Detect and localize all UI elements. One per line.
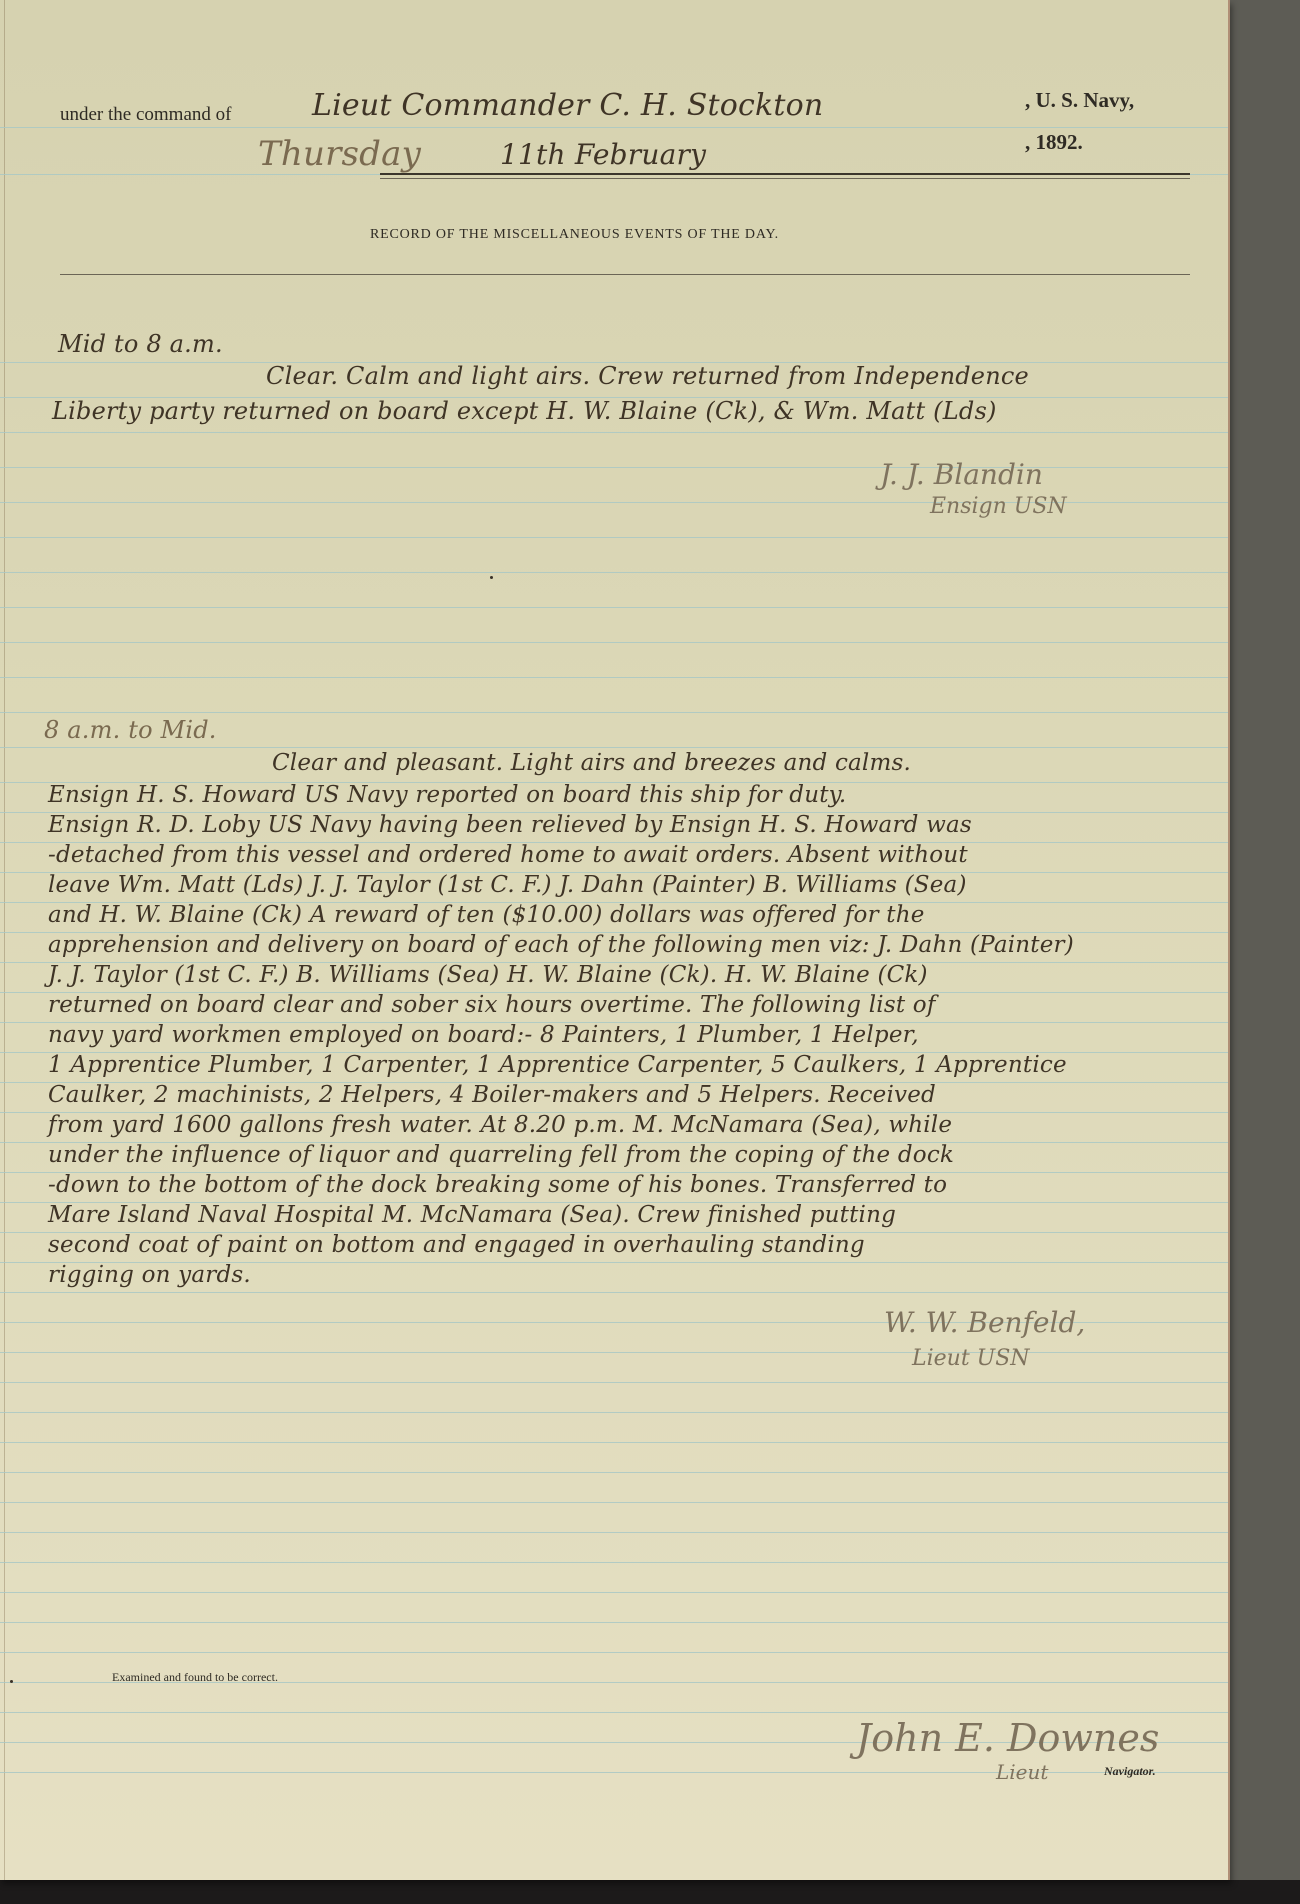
command-prefix: under the command of (60, 104, 231, 126)
entry-line: 1 Apprentice Plumber, 1 Carpenter, 1 App… (48, 1052, 1067, 1078)
logbook-page: under the command of Lieut Commander C. … (0, 0, 1230, 1880)
entry-line: Ensign H. S. Howard US Navy reported on … (48, 782, 846, 808)
entry-line: apprehension and delivery on board of ea… (48, 932, 1074, 958)
binding-line (4, 0, 5, 1880)
section-title-rule (60, 274, 1190, 275)
backdrop-bottom (0, 1880, 1300, 1904)
entry-line: navy yard workmen employed on board:- 8 … (48, 1022, 919, 1048)
watch-label: 8 a.m. to Mid. (44, 716, 217, 744)
navigator-label: Navigator. (1104, 1764, 1156, 1779)
entry-line: rigging on yards. (48, 1262, 251, 1288)
officer-title: Lieut USN (912, 1346, 1030, 1371)
officer-signature: W. W. Benfeld, (884, 1306, 1085, 1339)
log-year: , 1892. (1025, 130, 1083, 155)
watch-label: Mid to 8 a.m. (58, 330, 223, 358)
section-title: RECORD OF THE MISCELLANEOUS EVENTS OF TH… (370, 227, 779, 243)
navigator-signature: John E. Downes (856, 1716, 1159, 1760)
entry-line: Liberty party returned on board except H… (52, 397, 997, 425)
log-date: 11th February (500, 138, 706, 171)
log-day: Thursday (258, 134, 421, 174)
entry-line: Mare Island Naval Hospital M. McNamara (… (48, 1202, 896, 1228)
entry-line: Caulker, 2 machinists, 2 Helpers, 4 Boil… (48, 1082, 936, 1108)
entry-line: J. J. Taylor (1st C. F.) B. Williams (Se… (48, 962, 928, 988)
entry-line: from yard 1600 gallons fresh water. At 8… (48, 1112, 952, 1138)
navigator-rank: Lieut (996, 1760, 1048, 1784)
ink-mark (10, 1680, 13, 1683)
entry-line: second coat of paint on bottom and engag… (48, 1232, 865, 1258)
entry-line: Clear and pleasant. Light airs and breez… (272, 750, 911, 776)
entry-line: Clear. Calm and light airs. Crew returne… (266, 362, 1029, 390)
header-rule (380, 173, 1190, 175)
entry-line: -detached from this vessel and ordered h… (48, 842, 968, 868)
commander-name: Lieut Commander C. H. Stockton (312, 88, 823, 123)
entry-line: and H. W. Blaine (Ck) A reward of ten ($… (48, 902, 925, 928)
entry-line: leave Wm. Matt (Lds) J. J. Taylor (1st C… (48, 872, 967, 898)
entry-line: Ensign R. D. Loby US Navy having been re… (48, 812, 972, 838)
navy-suffix: , U. S. Navy, (1025, 88, 1134, 113)
header-rule-thin (380, 178, 1190, 179)
entry-line: -down to the bottom of the dock breaking… (48, 1172, 947, 1198)
officer-title: Ensign USN (930, 494, 1067, 519)
entry-line: under the influence of liquor and quarre… (48, 1142, 954, 1168)
examined-label: Examined and found to be correct. (112, 1670, 278, 1685)
ink-mark (490, 576, 493, 579)
entry-line: returned on board clear and sober six ho… (48, 992, 936, 1018)
officer-signature: J. J. Blandin (880, 458, 1043, 491)
